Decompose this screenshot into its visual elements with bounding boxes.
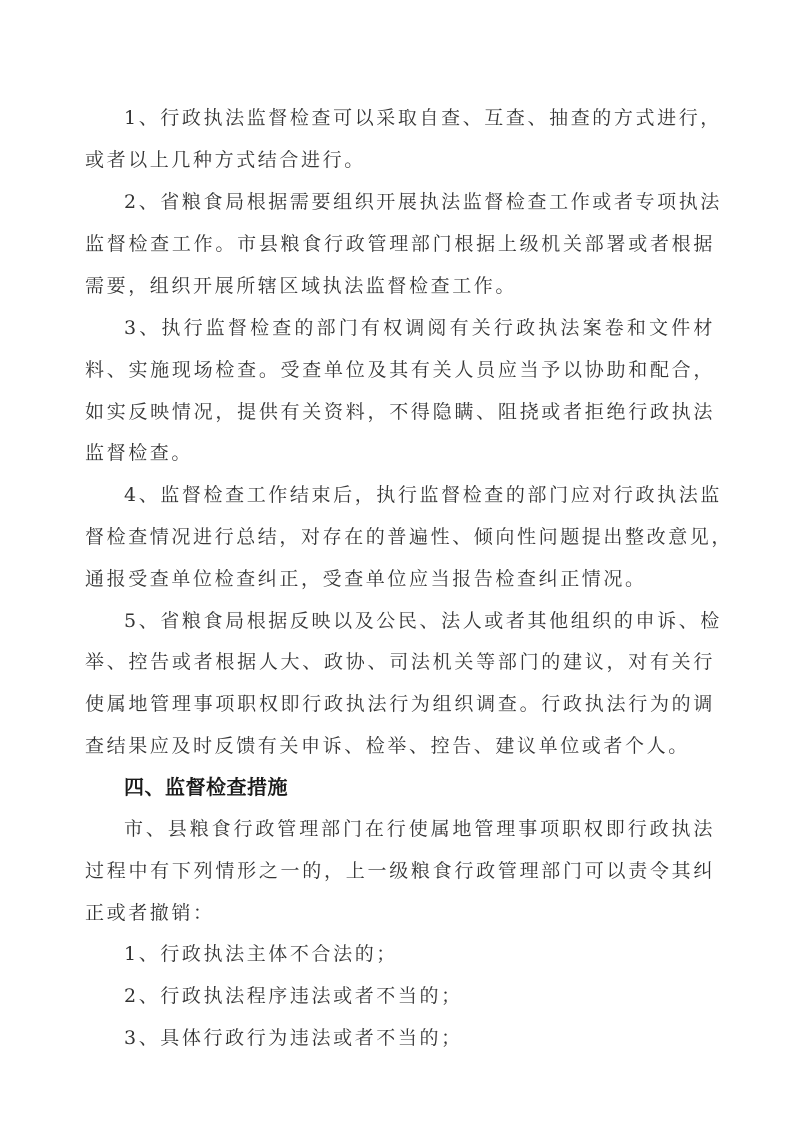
paragraph-5-line-3: 使属地管理事项职权即行政执法行为组织调查。行政执法行为的调 <box>85 689 715 719</box>
paragraph-3-line-4: 监督检查。 <box>85 438 715 468</box>
section-intro-line-1: 市、县粮食行政管理部门在行使属地管理事项职权即行政执法 <box>124 814 715 844</box>
document-page: 1、行政执法监督检查可以采取自查、互查、抽查的方式进行， 或者以上几种方式结合进… <box>0 0 793 1122</box>
paragraph-2-line-1: 2、省粮食局根据需要组织开展执法监督检查工作或者专项执法 <box>124 187 715 217</box>
paragraph-3-line-3: 如实反映情况，提供有关资料，不得隐瞒、阻挠或者拒绝行政执法 <box>85 397 715 427</box>
section-heading: 四、监督检查措施 <box>124 772 754 802</box>
paragraph-2-line-2: 监督检查工作。市县粮食行政管理部门根据上级机关部署或者根据 <box>85 229 715 259</box>
paragraph-5-line-2: 举、控告或者根据人大、政协、司法机关等部门的建议，对有关行 <box>85 647 715 677</box>
paragraph-4-line-2: 督检查情况进行总结，对存在的普遍性、倾向性问题提出整改意见， <box>85 522 715 552</box>
paragraph-4-line-1: 4、监督检查工作结束后，执行监督检查的部门应对行政执法监 <box>124 480 715 510</box>
paragraph-5-line-1: 5、省粮食局根据反映以及公民、法人或者其他组织的申诉、检 <box>124 606 715 636</box>
paragraph-5-line-4: 查结果应及时反馈有关申诉、检举、控告、建议单位或者个人。 <box>85 731 715 761</box>
section-item-3: 3、具体行政行为违法或者不当的； <box>124 1023 754 1053</box>
section-intro-line-3: 正或者撤销： <box>85 898 715 928</box>
section-item-2: 2、行政执法程序违法或者不当的； <box>124 981 754 1011</box>
section-item-1: 1、行政执法主体不合法的； <box>124 939 754 969</box>
paragraph-4-line-3: 通报受查单位检查纠正，受查单位应当报告检查纠正情况。 <box>85 564 715 594</box>
paragraph-1-line-2: 或者以上几种方式结合进行。 <box>85 145 715 175</box>
section-intro-line-2: 过程中有下列情形之一的，上一级粮食行政管理部门可以责令其纠 <box>85 856 715 886</box>
paragraph-3-line-1: 3、执行监督检查的部门有权调阅有关行政执法案卷和文件材 <box>124 313 715 343</box>
paragraph-2-line-3: 需要，组织开展所辖区域执法监督检查工作。 <box>85 271 715 301</box>
paragraph-1-line-1: 1、行政执法监督检查可以采取自查、互查、抽查的方式进行， <box>124 103 715 133</box>
paragraph-3-line-2: 料、实施现场检查。受查单位及其有关人员应当予以协助和配合， <box>85 355 715 385</box>
